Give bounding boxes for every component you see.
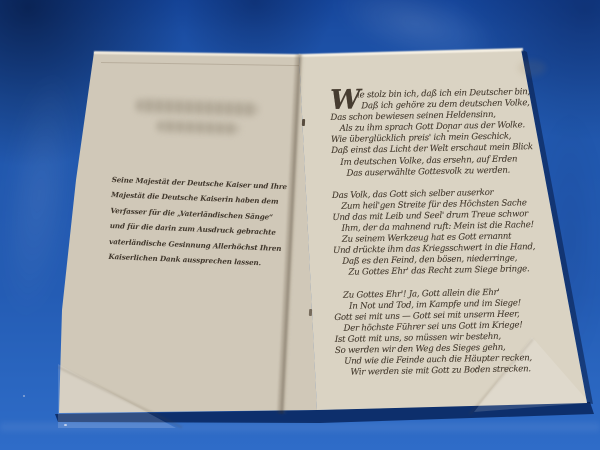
poem-stanza-1: W ie stolz bin ich, daß ich ein Deutsche… — [330, 87, 542, 180]
poem-line: Zu Gottes Ehr' das Recht zum Siege bring… — [348, 264, 543, 279]
poem-stanza-3: Zu Gottes Ehr'! Ja, Gott allein die Ehr'… — [334, 286, 546, 379]
cloth-speck — [23, 395, 25, 397]
drop-cap-initial: W — [330, 86, 361, 114]
paper-stain — [518, 60, 546, 76]
staple — [302, 119, 305, 126]
photo-of-pamphlet-on-blue-cloth: Seine Majestät der Deutsche Kaiser und I… — [0, 0, 600, 450]
poem-text-block: W ie stolz bin ich, daß ich ein Deutsche… — [330, 87, 546, 390]
staple — [309, 309, 312, 316]
poem-stanza-2: Das Volk, das Gott sich selber auserkor … — [332, 187, 544, 280]
dedication-text-block: Seine Majestät der Deutsche Kaiser und I… — [108, 172, 264, 271]
poem-line: Wir werden sie mit Gott zu Boden strecke… — [350, 364, 545, 379]
